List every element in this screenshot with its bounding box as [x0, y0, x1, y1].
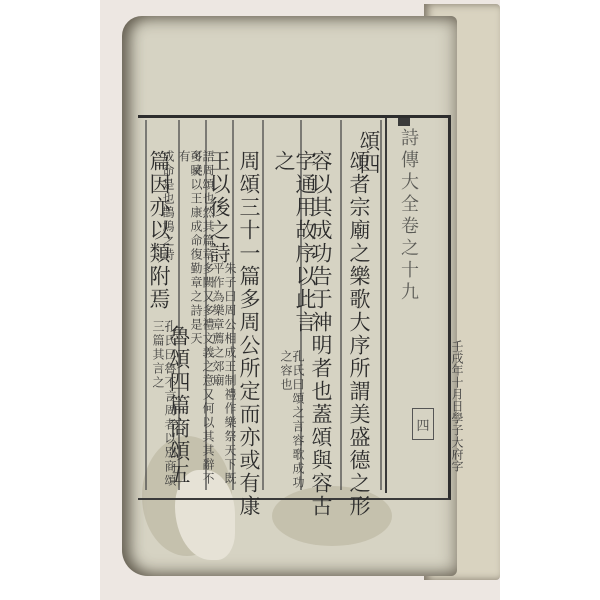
- text-column: 字通用故序以此言之: [273, 150, 315, 350]
- fish-tail-mark: [398, 118, 410, 126]
- text-column: 周頌三十一篇多周公所定而亦或有康: [238, 150, 259, 518]
- column-rule: [262, 120, 264, 490]
- commentary-column: 孔氏曰魯不言周者以別商頌三篇其言之: [152, 320, 176, 495]
- column-rule: [340, 120, 342, 490]
- commentary-column: 多又以王康成命復勤章之詩是天有: [178, 150, 202, 350]
- volume-title: 詩傳大全卷之十九: [395, 128, 421, 304]
- handwritten-note: 壬戌年十月日學子大府字: [450, 340, 464, 472]
- commentary-column: 孔氏曰頌之言容歌成功之容也: [280, 350, 304, 495]
- text-column: 頌者宗廟之樂歌大序所謂美盛德之形: [348, 150, 369, 518]
- leaf-number: 四: [412, 408, 434, 440]
- commentary-column: 朱子曰周公相成王制禮作樂祭天下既平作為樂章薦之郊廟: [212, 262, 236, 492]
- text-column: 篇因亦以類附焉: [148, 150, 169, 311]
